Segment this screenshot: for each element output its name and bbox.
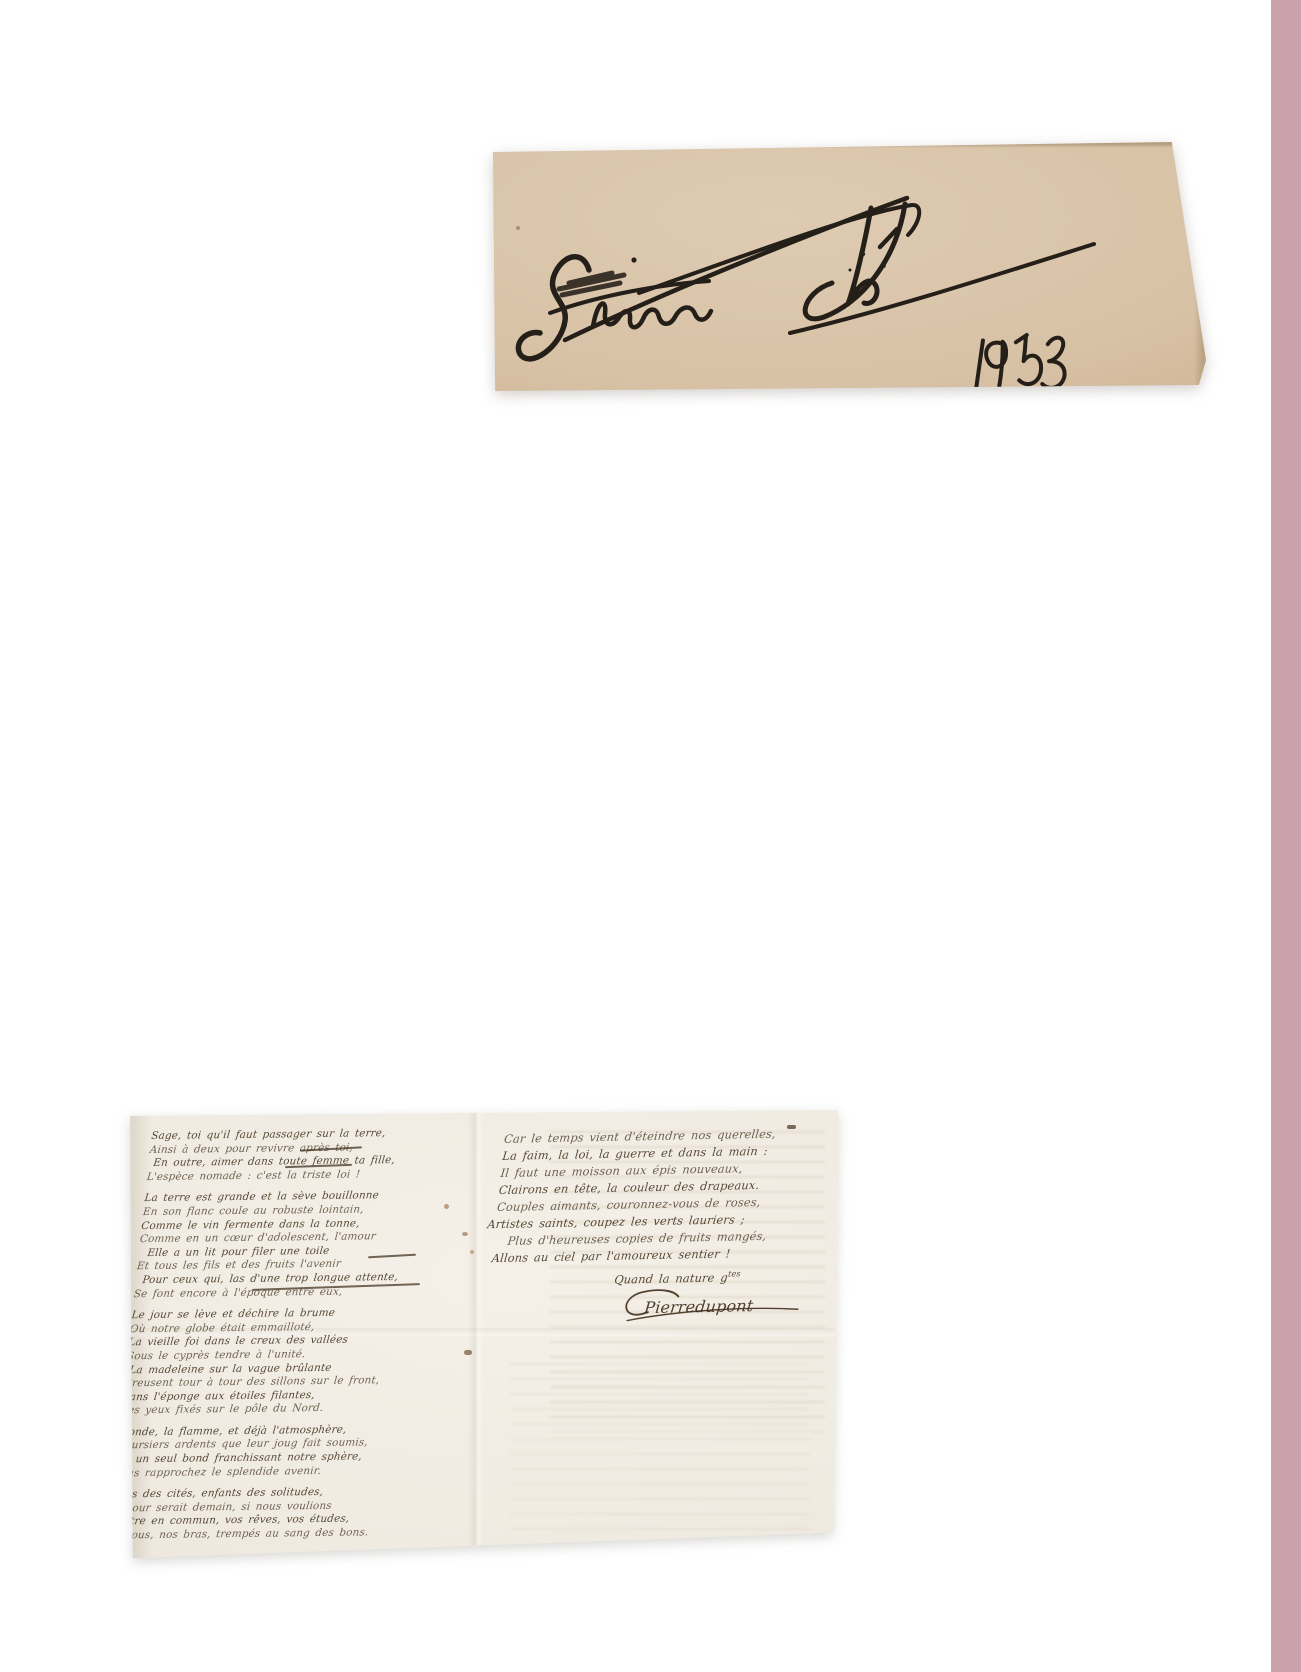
author-signature: Pierredupont — [612, 1281, 811, 1334]
foxing-speck — [470, 1250, 474, 1254]
signature-fragment-paper — [493, 142, 1206, 392]
accent-stripe — [1271, 0, 1301, 1672]
poem-line: Et nous, nos bras, trempés au sang des b… — [106, 1526, 437, 1544]
year-1953 — [965, 326, 1071, 392]
poem-line: L'espèce nomade : c'est la triste loi ! — [146, 1167, 477, 1185]
manuscript-paper: Sage, toi qu'il faut passager sur la ter… — [130, 1104, 840, 1560]
catalog-page: { "page": { "background_color": "#ffffff… — [0, 0, 1301, 1672]
closing-superscript: tes — [728, 1269, 741, 1278]
manuscript-left-page: Sage, toi qu'il faut passager sur la ter… — [106, 1126, 482, 1543]
poem-line: Vous rapprochez le splendide avenir. — [113, 1463, 444, 1481]
signature-stroke — [790, 244, 1094, 333]
author-signature-flourish: Pierredupont — [612, 1281, 817, 1331]
bleedthrough-texture — [510, 1354, 810, 1534]
signature-stroke — [559, 273, 624, 295]
signature-stroke — [805, 204, 905, 319]
dali-signature-ink — [493, 142, 1206, 392]
poem-line: Les yeux fixés sur le pôle du Nord. — [120, 1401, 451, 1419]
manuscript-right-page: Car le temps vient d'éteindre nos querel… — [476, 1125, 827, 1337]
foxing-speck — [464, 1350, 472, 1355]
manuscript-photo: Sage, toi qu'il faut passager sur la ter… — [130, 1104, 840, 1560]
signature-fragment-photo — [493, 142, 1206, 392]
signature-stroke — [593, 304, 711, 328]
signature-stroke — [518, 257, 589, 359]
author-signature-text: Pierredupont — [642, 1296, 754, 1317]
